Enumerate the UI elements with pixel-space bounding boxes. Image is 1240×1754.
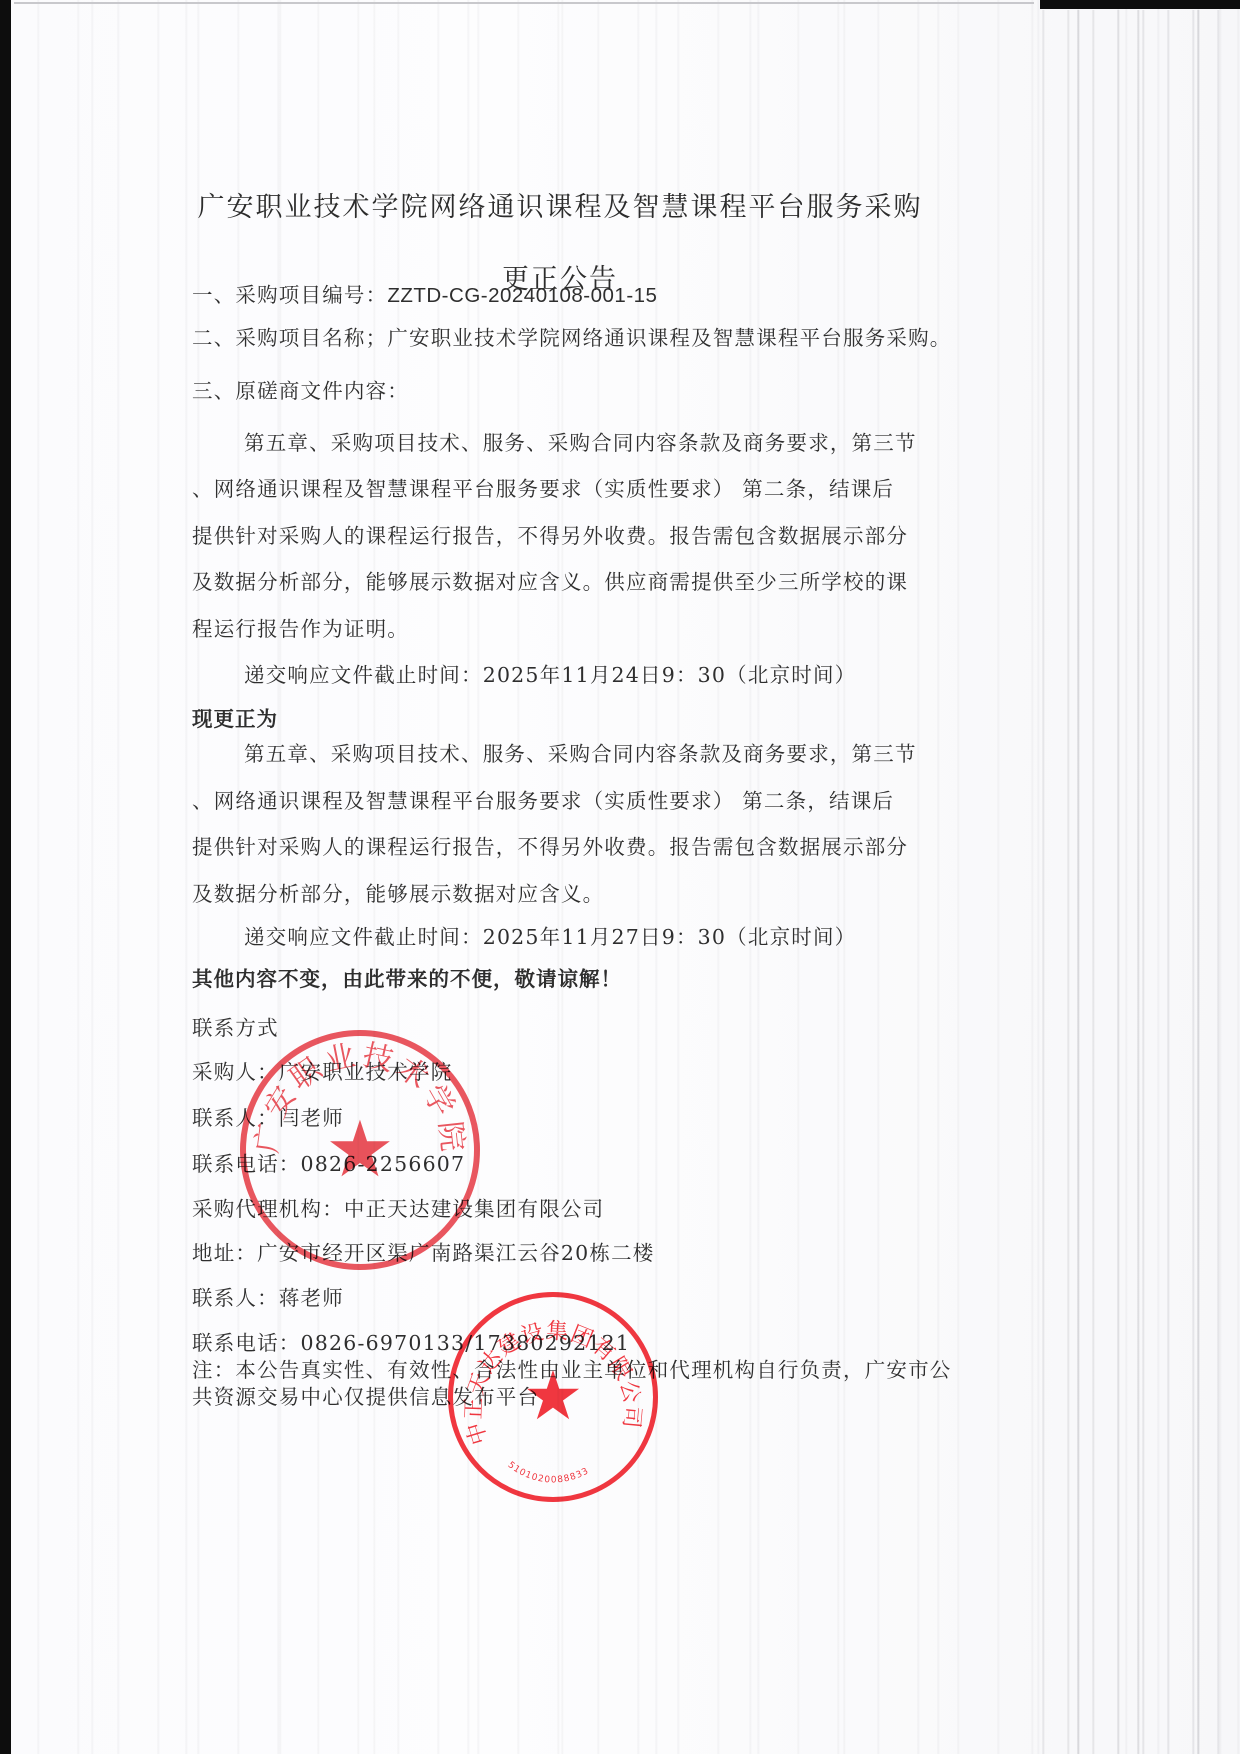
original-paragraph-line: 第五章、采购项目技术、服务、采购合同内容条款及商务要求，第三节 <box>244 426 917 456</box>
svg-text:5101020088833: 5101020088833 <box>506 1460 591 1485</box>
original-content-heading: 三、原磋商文件内容： <box>192 374 409 404</box>
svg-text:中正天达建设集团有限公司: 中正天达建设集团有限公司 <box>462 1319 645 1448</box>
project-number-row: 一、采购项目编号：ZZTD-CG-20240108-001-15 <box>192 278 657 308</box>
original-deadline: 递交响应文件截止时间：2025年11月24日9：30（北京时间） <box>244 658 856 688</box>
document-title: 广安职业技术学院网络通识课程及智慧课程平台服务采购 <box>0 185 1180 224</box>
corrected-paragraph-line: 提供针对采购人的课程运行报告，不得另外收费。报告需包含数据展示部分 <box>192 830 908 860</box>
correction-heading: 现更正为 <box>192 702 278 732</box>
original-paragraph-line: 提供针对采购人的课程运行报告，不得另外收费。报告需包含数据展示部分 <box>192 519 908 549</box>
svg-text:广安职业技术学院: 广安职业技术学院 <box>250 1038 470 1157</box>
project-name-value: 广安职业技术学院网络通识课程及智慧课程平台服务采购。 <box>387 326 951 350</box>
seal-ring-text: 中正天达建设集团有限公司 5101020088833 <box>453 1297 653 1497</box>
project-number-label: 一、采购项目编号： <box>192 283 387 307</box>
agency-official-seal: 中正天达建设集团有限公司 5101020088833 ★ <box>448 1292 658 1502</box>
project-name-label: 二、采购项目名称； <box>192 326 387 350</box>
agency-contact-person: 联系人：蒋老师 <box>192 1281 344 1311</box>
original-paragraph-line: 及数据分析部分，能够展示数据对应含义。供应商需提供至少三所学校的课 <box>192 565 908 595</box>
scan-top-edge <box>1040 0 1240 9</box>
corrected-paragraph-line: 、网络通识课程及智慧课程平台服务要求（实质性要求） 第二条，结课后 <box>192 784 894 814</box>
original-paragraph-line: 、网络通识课程及智慧课程平台服务要求（实质性要求） 第二条，结课后 <box>192 472 894 502</box>
scan-top-line <box>14 2 1034 4</box>
project-number-value: ZZTD-CG-20240108-001-15 <box>387 284 657 307</box>
corrected-deadline: 递交响应文件截止时间：2025年11月27日9：30（北京时间） <box>244 920 856 950</box>
corrected-paragraph-line: 及数据分析部分，能够展示数据对应含义。 <box>192 877 604 907</box>
project-name-row: 二、采购项目名称；广安职业技术学院网络通识课程及智慧课程平台服务采购。 <box>192 321 952 351</box>
original-paragraph-line: 程运行报告作为证明。 <box>192 612 409 642</box>
seal-ring-text: 广安职业技术学院 <box>246 1036 474 1264</box>
corrected-paragraph-line: 第五章、采购项目技术、服务、采购合同内容条款及商务要求，第三节 <box>244 737 917 767</box>
college-official-seal: 广安职业技术学院 ★ <box>240 1030 480 1270</box>
apology-statement: 其他内容不变，由此带来的不便，敬请谅解！ <box>192 962 622 992</box>
